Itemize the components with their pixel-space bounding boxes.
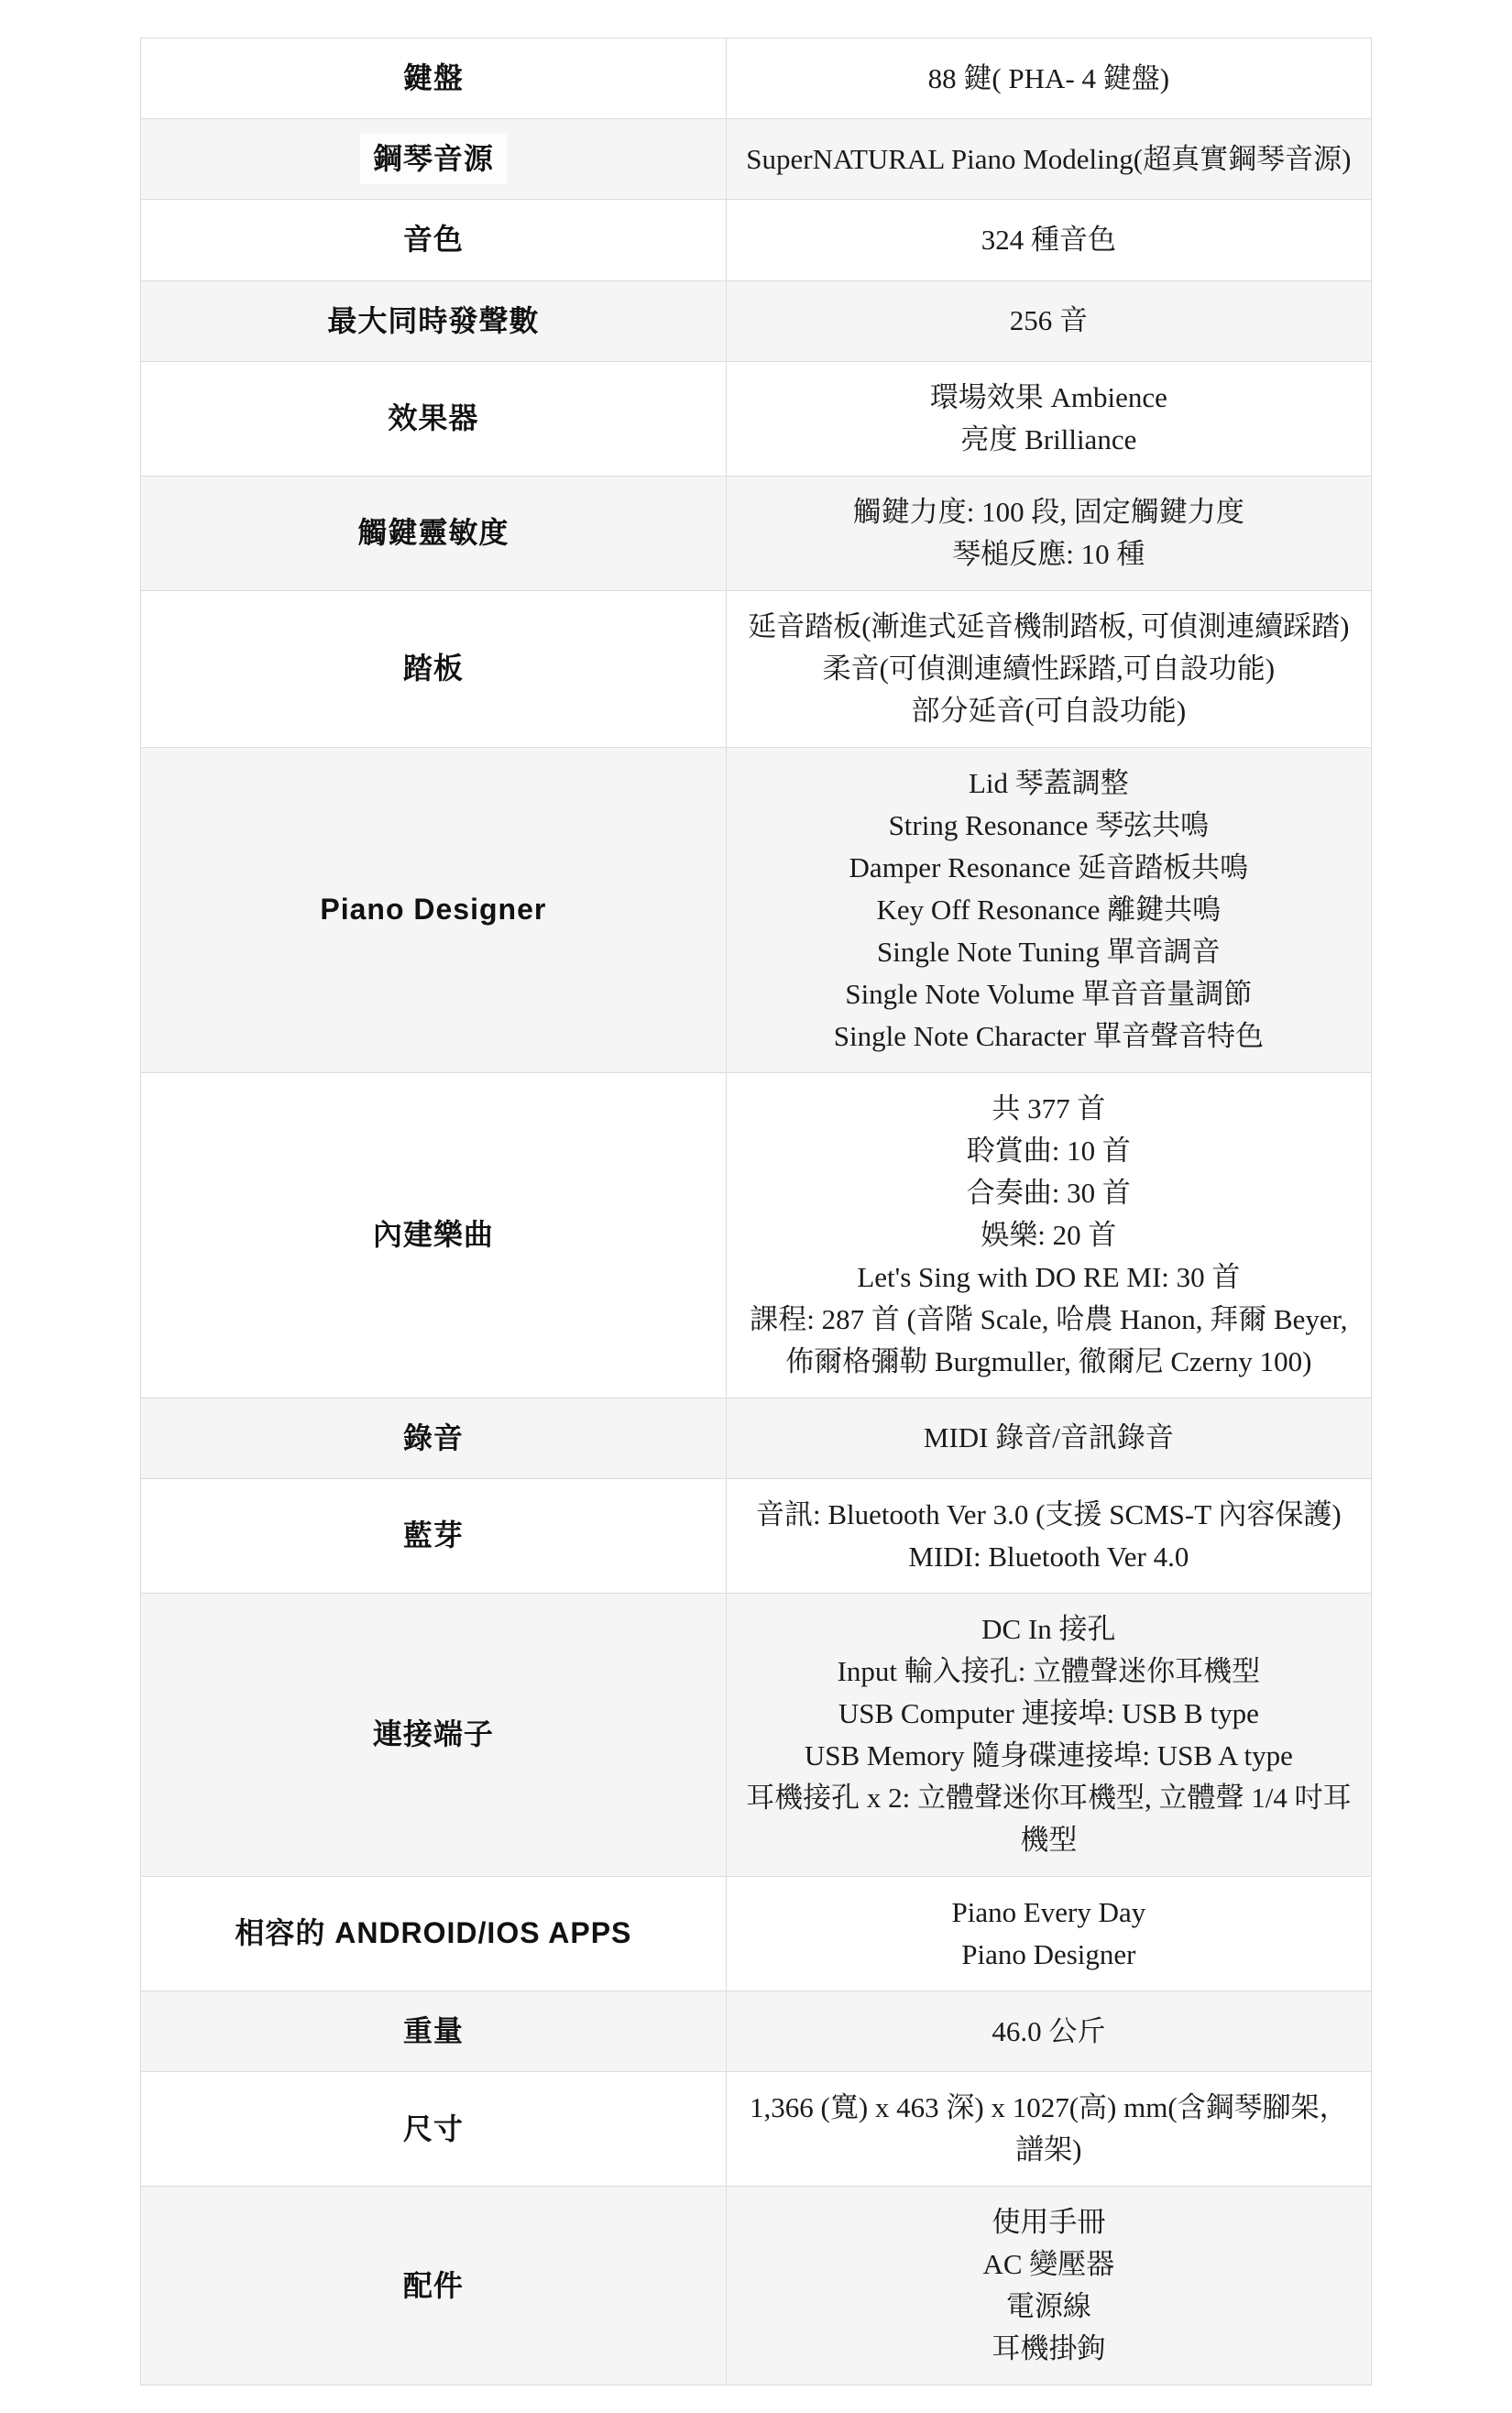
spec-label-cell: 鋼琴音源 [141,119,727,200]
spec-label: 最大同時發聲數 [314,296,552,346]
spec-label: 內建樂曲 [360,1210,507,1260]
spec-row: 相容的 ANDROID/IOS APPSPiano Every DayPiano… [141,1876,1372,1991]
spec-label: 音色 [390,214,477,265]
spec-value-line: 共 377 首 [740,1088,1358,1130]
spec-value-line: Key Off Resonance 離鍵共鳴 [740,889,1358,931]
spec-value-line: Piano Designer [740,1934,1358,1976]
spec-row: 最大同時發聲數256 音 [141,280,1372,361]
spec-label: 藍芽 [390,1510,477,1561]
spec-value-line: 耳機掛鉤 [740,2328,1358,2370]
spec-value-cell: 使用手冊AC 變壓器電源線耳機掛鉤 [726,2187,1371,2386]
spec-label: 觸鍵靈敏度 [345,508,521,558]
spec-label: 相容的 ANDROID/IOS APPS [222,1908,644,1958]
spec-label-cell: 踏板 [141,590,727,747]
spec-value-line: 使用手冊 [740,2201,1358,2243]
spec-label: 尺寸 [390,2104,477,2155]
spec-value-line: DC In 接孔 [740,1608,1358,1651]
spec-value-cell: 1,366 (寬) x 463 深) x 1027(高) mm(含鋼琴腳架，譜架… [726,2072,1371,2187]
spec-label-cell: 配件 [141,2187,727,2386]
spec-row: 音色324 種音色 [141,200,1372,280]
spec-row: 鋼琴音源SuperNATURAL Piano Modeling(超真實鋼琴音源) [141,119,1372,200]
spec-value-line: 課程: 287 首 (音階 Scale, 哈農 Hanon, 拜爾 Beyer,… [740,1299,1358,1383]
spec-value-cell: 256 音 [726,280,1371,361]
spec-value-cell: 324 種音色 [726,200,1371,280]
spec-value-line: MIDI: Bluetooth Ver 4.0 [740,1536,1358,1578]
spec-label: 鋼琴音源 [360,134,507,184]
spec-value-line: 亮度 Brilliance [740,419,1358,461]
spec-value-cell: 88 鍵( PHA- 4 鍵盤) [726,38,1371,119]
spec-value-line: Single Note Volume 單音音量調節 [740,973,1358,1015]
spec-value-line: Single Note Character 單音聲音特色 [740,1015,1358,1058]
spec-label-cell: Piano Designer [141,747,727,1072]
spec-value-line: 觸鍵力度: 100 段, 固定觸鍵力度 [740,491,1358,533]
spec-row: 連接端子DC In 接孔Input 輸入接孔: 立體聲迷你耳機型USB Comp… [141,1593,1372,1876]
spec-label-cell: 相容的 ANDROID/IOS APPS [141,1876,727,1991]
spec-value-line: 耳機接孔 x 2: 立體聲迷你耳機型, 立體聲 1/4 吋耳機型 [740,1777,1358,1861]
spec-value-line: MIDI 錄音/音訊錄音 [740,1417,1358,1459]
spec-value-cell: 延音踏板(漸進式延音機制踏板, 可偵測連續踩踏)柔音(可偵測連續性踩踏,可自設功… [726,590,1371,747]
spec-label-cell: 音色 [141,200,727,280]
spec-row: 內建樂曲共 377 首聆賞曲: 10 首合奏曲: 30 首娛樂: 20 首Let… [141,1072,1372,1398]
spec-value-cell: SuperNATURAL Piano Modeling(超真實鋼琴音源) [726,119,1371,200]
spec-table-body: 鍵盤88 鍵( PHA- 4 鍵盤)鋼琴音源SuperNATURAL Piano… [141,38,1372,2386]
spec-value-cell: 環場效果 Ambience亮度 Brilliance [726,361,1371,476]
spec-value-cell: DC In 接孔Input 輸入接孔: 立體聲迷你耳機型USB Computer… [726,1593,1371,1876]
spec-label: 配件 [390,2261,477,2311]
spec-value-cell: 46.0 公斤 [726,1991,1371,2071]
spec-label-cell: 內建樂曲 [141,1072,727,1398]
spec-value-line: 1,366 (寬) x 463 深) x 1027(高) mm(含鋼琴腳架，譜架… [740,2087,1358,2171]
spec-label-cell: 錄音 [141,1398,727,1478]
spec-value-line: AC 變壓器 [740,2243,1358,2286]
spec-value-line: Damper Resonance 延音踏板共鳴 [740,847,1358,889]
spec-row: 尺寸1,366 (寬) x 463 深) x 1027(高) mm(含鋼琴腳架，… [141,2072,1372,2187]
spec-value-line: 延音踏板(漸進式延音機制踏板, 可偵測連續踩踏) [740,606,1358,648]
spec-value-cell: 共 377 首聆賞曲: 10 首合奏曲: 30 首娛樂: 20 首Let's S… [726,1072,1371,1398]
spec-value-line: USB Computer 連接埠: USB B type [740,1693,1358,1735]
spec-value-cell: 音訊: Bluetooth Ver 3.0 (支援 SCMS-T 內容保護)MI… [726,1478,1371,1593]
spec-label-cell: 連接端子 [141,1593,727,1876]
spec-label: 連接端子 [360,1709,507,1760]
spec-label-cell: 效果器 [141,361,727,476]
spec-value-cell: 觸鍵力度: 100 段, 固定觸鍵力度琴槌反應: 10 種 [726,476,1371,590]
spec-value-line: Input 輸入接孔: 立體聲迷你耳機型 [740,1651,1358,1693]
spec-label: Piano Designer [307,884,559,935]
spec-label: 踏板 [390,643,477,694]
spec-label: 重量 [390,2006,477,2057]
spec-row: 重量46.0 公斤 [141,1991,1372,2071]
spec-value-line: 音訊: Bluetooth Ver 3.0 (支援 SCMS-T 內容保護) [740,1494,1358,1536]
spec-label-cell: 觸鍵靈敏度 [141,476,727,590]
spec-row: 踏板延音踏板(漸進式延音機制踏板, 可偵測連續踩踏)柔音(可偵測連續性踩踏,可自… [141,590,1372,747]
spec-value-line: 46.0 公斤 [740,2011,1358,2053]
spec-value-cell: MIDI 錄音/音訊錄音 [726,1398,1371,1478]
spec-value-line: 琴槌反應: 10 種 [740,533,1358,576]
spec-row: 錄音MIDI 錄音/音訊錄音 [141,1398,1372,1478]
spec-value-line: 部分延音(可自設功能) [740,690,1358,732]
spec-value-line: Lid 琴蓋調整 [740,762,1358,805]
spec-label-cell: 重量 [141,1991,727,2071]
spec-value-line: 324 種音色 [740,219,1358,261]
spec-value-line: Let's Sing with DO RE MI: 30 首 [740,1256,1358,1299]
spec-label-cell: 尺寸 [141,2072,727,2187]
spec-label-cell: 鍵盤 [141,38,727,119]
spec-value-cell: Lid 琴蓋調整String Resonance 琴弦共鳴Damper Reso… [726,747,1371,1072]
spec-value-line: Piano Every Day [740,1892,1358,1934]
spec-row: Piano DesignerLid 琴蓋調整String Resonance 琴… [141,747,1372,1072]
spec-value-cell: Piano Every DayPiano Designer [726,1876,1371,1991]
spec-value-line: 娛樂: 20 首 [740,1214,1358,1256]
spec-value-line: 合奏曲: 30 首 [740,1172,1358,1214]
spec-table: 鍵盤88 鍵( PHA- 4 鍵盤)鋼琴音源SuperNATURAL Piano… [140,38,1372,2386]
spec-label-cell: 最大同時發聲數 [141,280,727,361]
spec-row: 效果器環場效果 Ambience亮度 Brilliance [141,361,1372,476]
spec-value-line: 88 鍵( PHA- 4 鍵盤) [740,58,1358,100]
spec-value-line: 256 音 [740,300,1358,342]
spec-label: 錄音 [390,1413,477,1464]
spec-value-line: 環場效果 Ambience [740,377,1358,419]
spec-row: 鍵盤88 鍵( PHA- 4 鍵盤) [141,38,1372,119]
spec-sheet: 鍵盤88 鍵( PHA- 4 鍵盤)鋼琴音源SuperNATURAL Piano… [0,0,1512,2413]
spec-value-line: 電源線 [740,2286,1358,2328]
spec-value-line: String Resonance 琴弦共鳴 [740,805,1358,847]
spec-row: 配件使用手冊AC 變壓器電源線耳機掛鉤 [141,2187,1372,2386]
spec-label-cell: 藍芽 [141,1478,727,1593]
spec-row: 藍芽音訊: Bluetooth Ver 3.0 (支援 SCMS-T 內容保護)… [141,1478,1372,1593]
spec-value-line: Single Note Tuning 單音調音 [740,931,1358,973]
spec-label: 鍵盤 [390,53,477,104]
spec-value-line: 聆賞曲: 10 首 [740,1130,1358,1172]
spec-label: 效果器 [375,393,491,444]
spec-row: 觸鍵靈敏度觸鍵力度: 100 段, 固定觸鍵力度琴槌反應: 10 種 [141,476,1372,590]
spec-value-line: USB Memory 隨身碟連接埠: USB A type [740,1735,1358,1777]
spec-value-line: SuperNATURAL Piano Modeling(超真實鋼琴音源) [740,138,1358,181]
spec-value-line: 柔音(可偵測連續性踩踏,可自設功能) [740,648,1358,690]
